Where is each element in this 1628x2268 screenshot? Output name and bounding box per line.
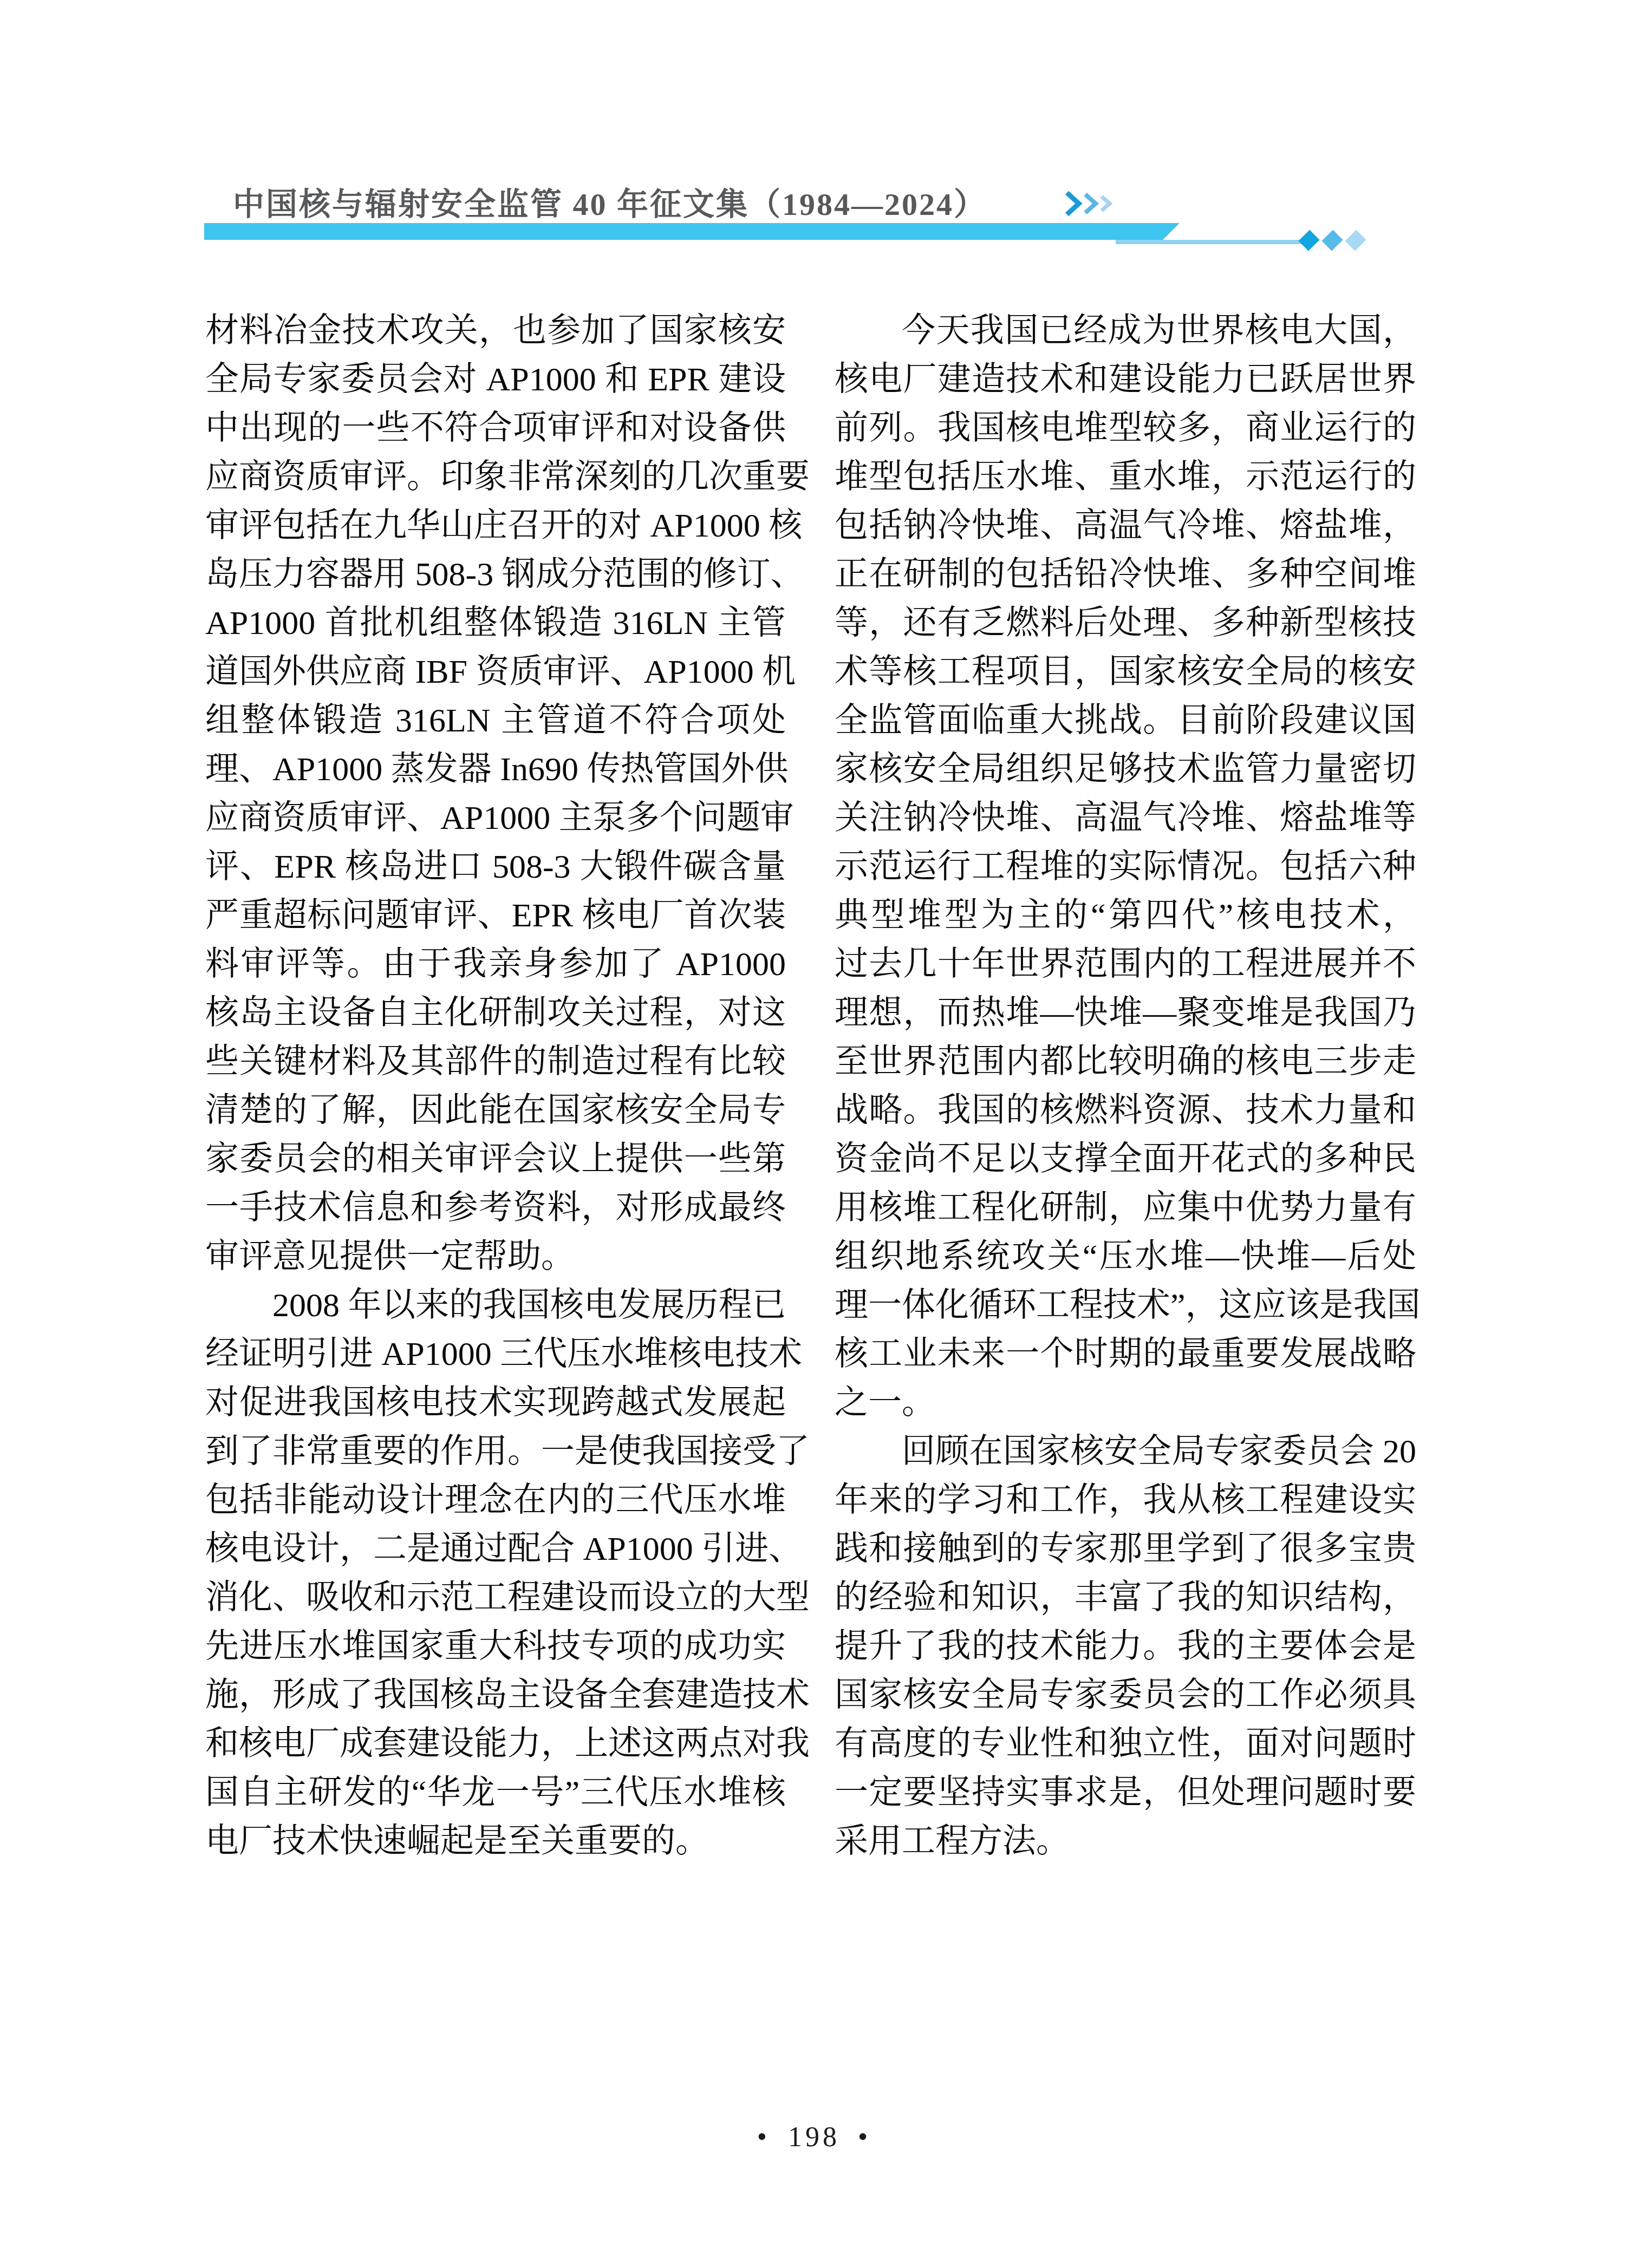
text-line: 中出现的一些不符合项审评和对设备供 <box>205 404 786 453</box>
text-line: 组整体锻造 316LN 主管道不符合项处 <box>205 696 786 745</box>
text-line: 消化、吸收和示范工程建设而设立的大型 <box>205 1573 786 1622</box>
text-line: 些关键材料及其部件的制造过程有比较 <box>205 1037 786 1086</box>
text-line: 过去几十年世界范围内的工程进展并不 <box>835 940 1416 989</box>
text-line: 施，形成了我国核岛主设备全套建造技术 <box>205 1671 786 1720</box>
text-line: 提升了我的技术能力。我的主要体会是 <box>835 1622 1416 1671</box>
text-line: 核岛主设备自主化研制攻关过程，对这 <box>205 989 786 1037</box>
diamond-icon <box>1345 230 1366 251</box>
text-line: 经证明引进 AP1000 三代压水堆核电技术 <box>205 1330 786 1378</box>
page-number: • 198 • <box>0 2121 1628 2153</box>
text-line: 理一体化循环工程技术”，这应该是我国 <box>835 1281 1416 1330</box>
text-line: 正在研制的包括铅冷快堆、多种空间堆 <box>835 550 1416 599</box>
text-line: 评、EPR 核岛进口 508-3 大锻件碳含量 <box>205 842 786 891</box>
text-line: AP1000 首批机组整体锻造 316LN 主管 <box>205 599 786 648</box>
header-bar-decoration <box>204 223 1180 240</box>
text-line: 材料冶金技术攻关，也参加了国家核安 <box>205 306 786 355</box>
text-line: 之一。 <box>835 1378 1416 1427</box>
text-line: 前列。我国核电堆型较多，商业运行的 <box>835 404 1416 453</box>
text-line: 对促进我国核电技术实现跨越式发展起 <box>205 1378 786 1427</box>
text-line: 一定要坚持实事求是，但处理问题时要 <box>835 1768 1416 1817</box>
text-line: 清楚的了解，因此能在国家核安全局专 <box>205 1086 786 1135</box>
text-line: 包括钠冷快堆、高温气冷堆、熔盐堆， <box>835 501 1416 550</box>
text-line: 示范运行工程堆的实际情况。包括六种 <box>835 842 1416 891</box>
diamond-icon <box>1299 230 1320 251</box>
book-title: 中国核与辐射安全监管 40 年征文集（1984—2024） <box>233 179 987 224</box>
text-line: 一手技术信息和参考资料，对形成最终 <box>205 1184 786 1232</box>
text-line: 至世界范围内都比较明确的核电三步走 <box>835 1037 1416 1086</box>
text-line: 采用工程方法。 <box>835 1817 1416 1866</box>
text-line: 资金尚不足以支撑全面开花式的多种民 <box>835 1135 1416 1184</box>
text-line: 组织地系统攻关“压水堆—快堆—后处 <box>835 1232 1416 1281</box>
text-line: 应商资质审评、AP1000 主泵多个问题审 <box>205 794 786 842</box>
text-line: 和核电厂成套建设能力，上述这两点对我 <box>205 1720 786 1768</box>
text-line: 电厂技术快速崛起是至关重要的。 <box>205 1817 786 1866</box>
text-line: 全监管面临重大挑战。目前阶段建议国 <box>835 696 1416 745</box>
text-line: 2008 年以来的我国核电发展历程已 <box>205 1281 786 1330</box>
text-line: 严重超标问题审评、EPR 核电厂首次装 <box>205 891 786 940</box>
text-line: 等，还有乏燃料后处理、多种新型核技 <box>835 599 1416 648</box>
text-line: 全局专家委员会对 AP1000 和 EPR 建设 <box>205 355 786 404</box>
text-line: 国家核安全局专家委员会的工作必须具 <box>835 1671 1416 1720</box>
left-text-column: 材料冶金技术攻关，也参加了国家核安全局专家委员会对 AP1000 和 EPR 建… <box>205 306 786 1866</box>
text-line: 回顾在国家核安全局专家委员会 20 <box>835 1427 1416 1476</box>
text-line: 堆型包括压水堆、重水堆，示范运行的 <box>835 453 1416 501</box>
text-line: 关注钠冷快堆、高温气冷堆、熔盐堆等 <box>835 794 1416 842</box>
text-line: 国自主研发的“华龙一号”三代压水堆核 <box>205 1768 786 1817</box>
text-line: 典型堆型为主的“第四代”核电技术， <box>835 891 1416 940</box>
text-line: 践和接触到的专家那里学到了很多宝贵 <box>835 1525 1416 1573</box>
text-line: 核电厂建造技术和建设能力已跃居世界 <box>835 355 1416 404</box>
triple-chevron-icon <box>1063 188 1122 219</box>
text-line: 道国外供应商 IBF 资质审评、AP1000 机 <box>205 648 786 696</box>
text-line: 审评意见提供一定帮助。 <box>205 1232 786 1281</box>
text-line: 先进压水堆国家重大科技专项的成功实 <box>205 1622 786 1671</box>
right-text-column: 今天我国已经成为世界核电大国，核电厂建造技术和建设能力已跃居世界前列。我国核电堆… <box>835 306 1416 1866</box>
text-line: 应商资质审评。印象非常深刻的几次重要 <box>205 453 786 501</box>
text-line: 战略。我国的核燃料资源、技术力量和 <box>835 1086 1416 1135</box>
text-line: 到了非常重要的作用。一是使我国接受了 <box>205 1427 786 1476</box>
text-line: 今天我国已经成为世界核电大国， <box>835 306 1416 355</box>
text-line: 理、AP1000 蒸发器 In690 传热管国外供 <box>205 745 786 794</box>
text-line: 核工业未来一个时期的最重要发展战略 <box>835 1330 1416 1378</box>
text-line: 审评包括在九华山庄召开的对 AP1000 核 <box>205 501 786 550</box>
text-line: 理想，而热堆—快堆—聚变堆是我国乃 <box>835 989 1416 1037</box>
text-line: 岛压力容器用 508-3 钢成分范围的修订、 <box>205 550 786 599</box>
document-page: 中国核与辐射安全监管 40 年征文集（1984—2024） 材料冶金技术攻关，也… <box>0 0 1628 2268</box>
text-line: 有高度的专业性和独立性，面对问题时 <box>835 1720 1416 1768</box>
text-line: 核电设计，二是通过配合 AP1000 引进、 <box>205 1525 786 1573</box>
text-line: 家核安全局组织足够技术监管力量密切 <box>835 745 1416 794</box>
diamond-icon <box>1322 230 1343 251</box>
text-line: 包括非能动设计理念在内的三代压水堆 <box>205 1476 786 1525</box>
text-line: 用核堆工程化研制，应集中优势力量有 <box>835 1184 1416 1232</box>
text-line: 家委员会的相关审评会议上提供一些第 <box>205 1135 786 1184</box>
text-line: 料审评等。由于我亲身参加了 AP1000 <box>205 940 786 989</box>
header-underline-decoration <box>1116 240 1304 244</box>
text-line: 年来的学习和工作，我从核工程建设实 <box>835 1476 1416 1525</box>
text-line: 术等核工程项目，国家核安全局的核安 <box>835 648 1416 696</box>
text-line: 的经验和知识，丰富了我的知识结构， <box>835 1573 1416 1622</box>
